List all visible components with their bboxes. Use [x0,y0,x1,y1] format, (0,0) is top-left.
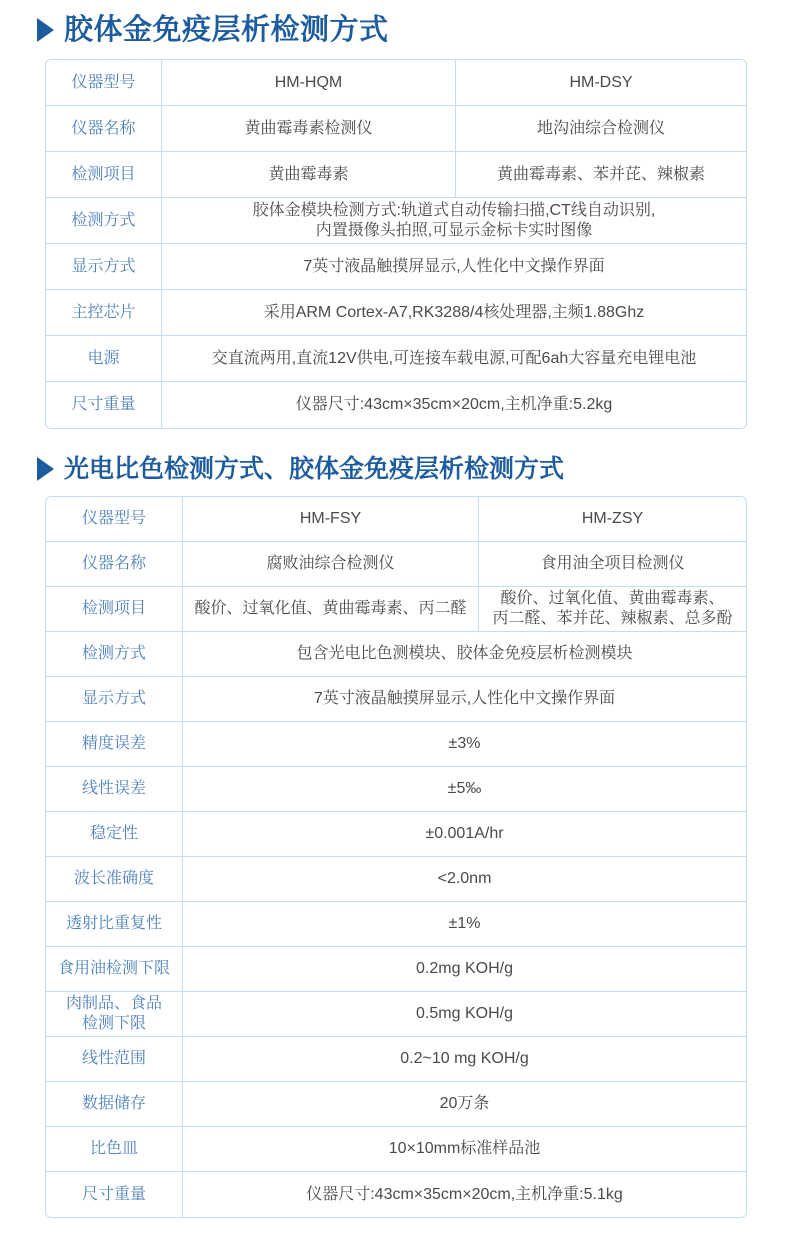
table-row: 肉制品、食品 检测下限 0.5mg KOH/g [46,992,746,1037]
cell-value: HM-FSY [183,497,479,542]
cell-value: 包含光电比色测模块、胶体金免疫层析检测模块 [183,632,746,677]
cell-value: 0.5mg KOH/g [183,992,746,1037]
cell-value: 胶体金模块检测方式:轨道式自动传输扫描,CT线自动识别, 内置摄像头拍照,可显示… [162,198,746,244]
cell-value: 交直流两用,直流12V供电,可连接车载电源,可配6ah大容量充电锂电池 [162,336,746,382]
row-label: 仪器型号 [46,497,183,542]
row-label: 数据储存 [46,1082,183,1127]
row-label: 尺寸重量 [46,1172,183,1217]
row-label: 仪器名称 [46,106,162,152]
cell-value: ±0.001A/hr [183,812,746,857]
table-row: 检测项目 黄曲霉毒素 黄曲霉毒素、苯并芘、辣椒素 [46,152,746,198]
cell-value: 7英寸液晶触摸屏显示,人性化中文操作界面 [162,244,746,290]
cell-value: 食用油全项目检测仪 [479,542,746,587]
cell-value: 酸价、过氧化值、黄曲霉毒素、 丙二醛、苯并芘、辣椒素、总多酚 [479,587,746,632]
row-label: 显示方式 [46,244,162,290]
row-label: 肉制品、食品 检测下限 [46,992,183,1037]
cell-value: 仪器尺寸:43cm×35cm×20cm,主机净重:5.1kg [183,1172,746,1217]
row-label: 波长准确度 [46,857,183,902]
table-row: 仪器型号 HM-HQM HM-DSY [46,60,746,106]
cell-value: 黄曲霉毒素、苯并芘、辣椒素 [456,152,746,198]
cell-value: 黄曲霉毒素检测仪 [162,106,456,152]
table-row: 尺寸重量 仪器尺寸:43cm×35cm×20cm,主机净重:5.2kg [46,382,746,428]
table-row: 仪器名称 腐败油综合检测仪 食用油全项目检测仪 [46,542,746,587]
row-label: 仪器型号 [46,60,162,106]
table-row: 尺寸重量 仪器尺寸:43cm×35cm×20cm,主机净重:5.1kg [46,1172,746,1217]
table-row: 显示方式 7英寸液晶触摸屏显示,人性化中文操作界面 [46,244,746,290]
row-label: 检测方式 [46,632,183,677]
table-row: 仪器型号 HM-FSY HM-ZSY [46,497,746,542]
row-label: 仪器名称 [46,542,183,587]
section-photoelectric-colorimetry: 光电比色检测方式、胶体金免疫层析检测方式 仪器型号 HM-FSY HM-ZSY … [45,454,745,1218]
table-row: 电源 交直流两用,直流12V供电,可连接车载电源,可配6ah大容量充电锂电池 [46,336,746,382]
row-label: 比色皿 [46,1127,183,1172]
cell-value: 20万条 [183,1082,746,1127]
table-row: 显示方式 7英寸液晶触摸屏显示,人性化中文操作界面 [46,677,746,722]
cell-value: 10×10mm标准样品池 [183,1127,746,1172]
cell-value: 酸价、过氧化值、黄曲霉毒素、丙二醛 [183,587,479,632]
cell-value: 地沟油综合检测仪 [456,106,746,152]
row-label: 食用油检测下限 [46,947,183,992]
cell-value: 7英寸液晶触摸屏显示,人性化中文操作界面 [183,677,746,722]
cell-value: 黄曲霉毒素 [162,152,456,198]
table-row: 主控芯片 采用ARM Cortex-A7,RK3288/4核处理器,主频1.88… [46,290,746,336]
cell-value: ±3% [183,722,746,767]
cell-value: 0.2mg KOH/g [183,947,746,992]
table-row: 检测方式 包含光电比色测模块、胶体金免疫层析检测模块 [46,632,746,677]
section-header: 光电比色检测方式、胶体金免疫层析检测方式 [37,454,745,484]
section-colloidal-gold: 胶体金免疫层析检测方式 仪器型号 HM-HQM HM-DSY 仪器名称 黄曲霉毒… [45,13,745,429]
table-row: 比色皿 10×10mm标准样品池 [46,1127,746,1172]
table-row: 精度误差 ±3% [46,722,746,767]
row-label: 显示方式 [46,677,183,722]
table-row: 透射比重复性 ±1% [46,902,746,947]
arrow-right-icon [37,18,54,42]
cell-value: HM-DSY [456,60,746,106]
cell-value: 仪器尺寸:43cm×35cm×20cm,主机净重:5.2kg [162,382,746,428]
section-title: 光电比色检测方式、胶体金免疫层析检测方式 [64,454,564,484]
row-label: 稳定性 [46,812,183,857]
table-row: 波长准确度 <2.0nm [46,857,746,902]
cell-value: ±1% [183,902,746,947]
row-label: 透射比重复性 [46,902,183,947]
table-row: 线性误差 ±5‰ [46,767,746,812]
section-title: 胶体金免疫层析检测方式 [64,13,389,47]
row-label: 主控芯片 [46,290,162,336]
table-row: 数据储存 20万条 [46,1082,746,1127]
row-label: 线性误差 [46,767,183,812]
cell-value: 腐败油综合检测仪 [183,542,479,587]
row-label: 线性范围 [46,1037,183,1082]
cell-value: 采用ARM Cortex-A7,RK3288/4核处理器,主频1.88Ghz [162,290,746,336]
table-row: 稳定性 ±0.001A/hr [46,812,746,857]
table-row: 仪器名称 黄曲霉毒素检测仪 地沟油综合检测仪 [46,106,746,152]
row-label: 尺寸重量 [46,382,162,428]
row-label: 电源 [46,336,162,382]
spec-page: 胶体金免疫层析检测方式 仪器型号 HM-HQM HM-DSY 仪器名称 黄曲霉毒… [0,0,790,1218]
table-row: 检测项目 酸价、过氧化值、黄曲霉毒素、丙二醛 酸价、过氧化值、黄曲霉毒素、 丙二… [46,587,746,632]
table-row: 检测方式 胶体金模块检测方式:轨道式自动传输扫描,CT线自动识别, 内置摄像头拍… [46,198,746,244]
cell-value: ±5‰ [183,767,746,812]
spec-table-photoelectric: 仪器型号 HM-FSY HM-ZSY 仪器名称 腐败油综合检测仪 食用油全项目检… [45,496,747,1218]
row-label: 检测项目 [46,587,183,632]
row-label: 检测项目 [46,152,162,198]
section-header: 胶体金免疫层析检测方式 [37,13,745,47]
cell-value: <2.0nm [183,857,746,902]
arrow-right-icon [37,457,54,481]
cell-value: HM-HQM [162,60,456,106]
spec-table-colloidal-gold: 仪器型号 HM-HQM HM-DSY 仪器名称 黄曲霉毒素检测仪 地沟油综合检测… [45,59,747,429]
table-row: 线性范围 0.2~10 mg KOH/g [46,1037,746,1082]
row-label: 精度误差 [46,722,183,767]
row-label: 检测方式 [46,198,162,244]
cell-value: HM-ZSY [479,497,746,542]
table-row: 食用油检测下限 0.2mg KOH/g [46,947,746,992]
cell-value: 0.2~10 mg KOH/g [183,1037,746,1082]
